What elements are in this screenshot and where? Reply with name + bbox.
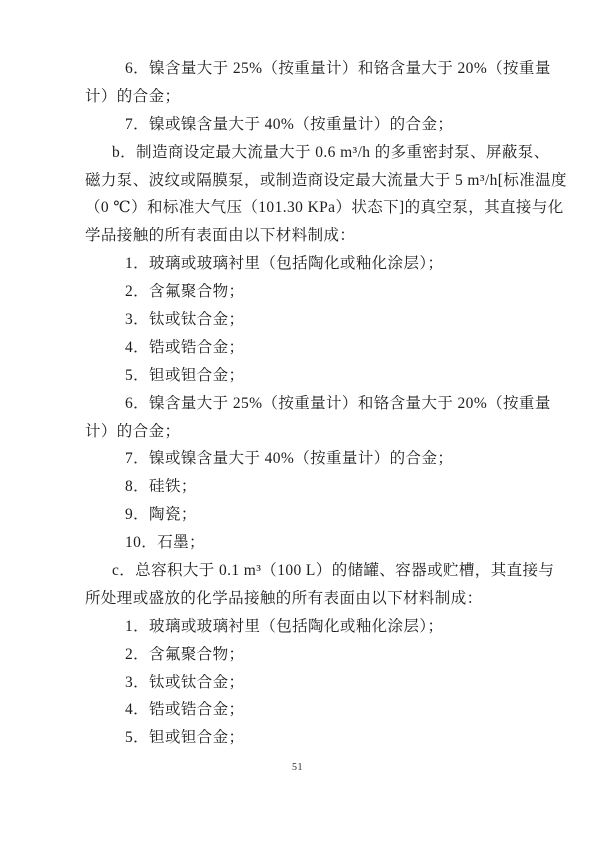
text-line: 9．陶瓷； <box>85 501 555 529</box>
text-line: 6．镍含量大于 25%（按重量计）和铬含量大于 20%（按重量 <box>85 55 555 83</box>
text-line: 1．玻璃或玻璃衬里（包括陶化或釉化涂层）； <box>85 613 555 641</box>
text-line: 所处理或盛放的化学品接触的所有表面由以下材料制成： <box>85 585 555 613</box>
text-line: 4．锆或锆合金； <box>85 696 555 724</box>
text-line: 2．含氟聚合物； <box>85 641 555 669</box>
text-line: 计）的合金； <box>85 418 555 446</box>
text-line: 5．钽或钽合金； <box>85 362 555 390</box>
text-line: 计）的合金； <box>85 83 555 111</box>
text-line: 4．锆或锆合金； <box>85 334 555 362</box>
text-line: 7．镍或镍含量大于 40%（按重量计）的合金； <box>85 445 555 473</box>
text-line: 2．含氟聚合物； <box>85 278 555 306</box>
text-line: b．制造商设定最大流量大于 0.6 m³/h 的多重密封泵、屏蔽泵、 <box>85 139 555 167</box>
text-line: 1．玻璃或玻璃衬里（包括陶化或釉化涂层）； <box>85 250 555 278</box>
text-line: 6．镍含量大于 25%（按重量计）和铬含量大于 20%（按重量 <box>85 390 555 418</box>
document-page: 6．镍含量大于 25%（按重量计）和铬含量大于 20%（按重量计）的合金；7．镍… <box>0 0 595 841</box>
text-line: c．总容积大于 0.1 m³（100 L）的储罐、容器或贮槽，其直接与 <box>85 557 555 585</box>
text-line: 8．硅铁； <box>85 473 555 501</box>
page-number: 51 <box>0 762 595 773</box>
text-line: 磁力泵、波纹或隔膜泵，或制造商设定最大流量大于 5 m³/h[标准温度 <box>85 167 555 195</box>
text-line: 3．钛或钛合金； <box>85 669 555 697</box>
text-line: 5．钽或钽合金； <box>85 724 555 752</box>
text-line: 3．钛或钛合金； <box>85 306 555 334</box>
text-line: 7．镍或镍含量大于 40%（按重量计）的合金； <box>85 111 555 139</box>
text-line: 10．石墨； <box>85 529 555 557</box>
document-body: 6．镍含量大于 25%（按重量计）和铬含量大于 20%（按重量计）的合金；7．镍… <box>85 55 555 752</box>
text-line: 学品接触的所有表面由以下材料制成： <box>85 222 555 250</box>
text-line: （0 ℃）和标准大气压（101.30 KPa）状态下]的真空泵，其直接与化 <box>85 194 555 222</box>
